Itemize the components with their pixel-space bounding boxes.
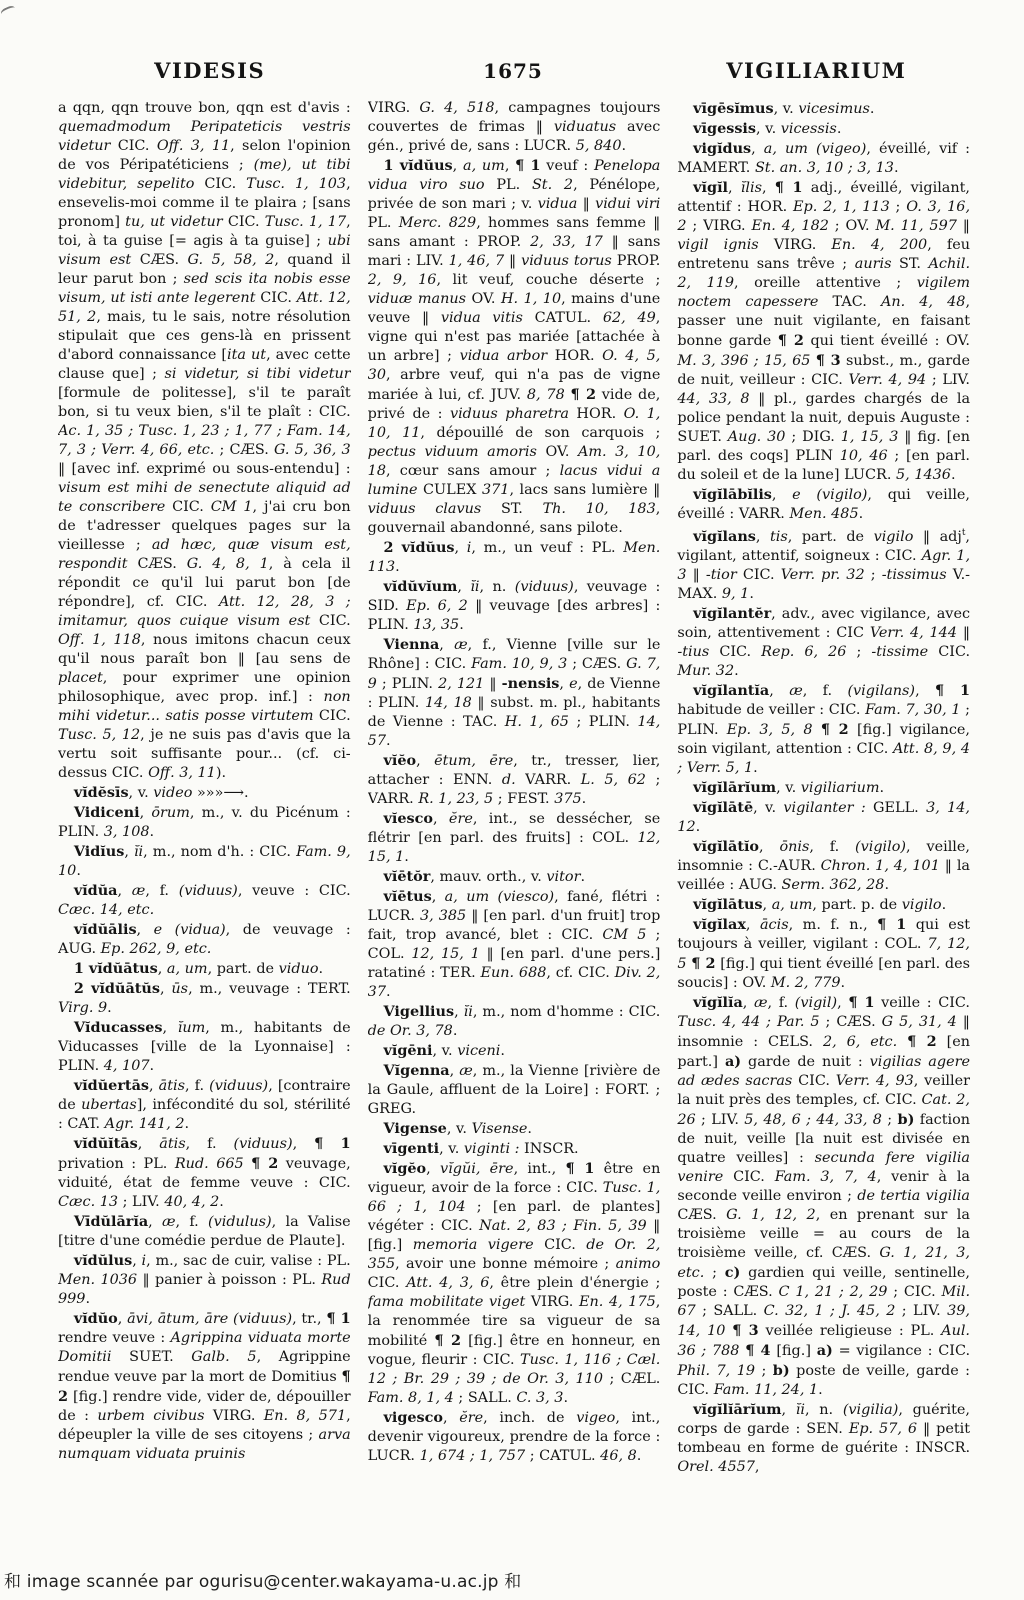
text-segment: āvi, ātum, āre (viduus) [127, 1311, 292, 1327]
text-segment: , [756, 529, 770, 545]
text-segment: -tissime [871, 644, 938, 660]
text-segment: . [150, 824, 155, 840]
text-segment: ; FEST. [493, 791, 554, 807]
text-segment: , f. [809, 839, 855, 855]
text-segment: (viduus) [233, 1136, 292, 1152]
text-segment: ; [865, 567, 882, 583]
dictionary-paragraph: vĭgĭlax, ācis, m. f. n., ¶ 1 qui est tou… [677, 915, 970, 993]
running-header: VIDESIS 1675 VIGILIARIUM [58, 58, 968, 83]
text-segment: OV. [545, 444, 578, 460]
text-segment: 13, 35 [413, 617, 459, 633]
text-segment: , [426, 1161, 440, 1177]
text-segment: CIC. [319, 613, 351, 629]
text-columns: a qqn, qqn trouve bon, qqn est d'avis : … [58, 99, 970, 1554]
text-segment: . [749, 586, 754, 602]
text-segment: St. 2 [532, 177, 573, 193]
text-segment: Ep. 57, 6 [849, 1421, 917, 1437]
text-segment: a, um [463, 158, 505, 174]
text-segment: veuf : [541, 158, 594, 174]
text-segment: e (vidua) [154, 922, 226, 938]
text-segment: , [158, 961, 167, 977]
dictionary-paragraph: vĭētus, a, um (viesco), fané, flétri : L… [368, 887, 661, 1002]
text-segment [897, 1034, 907, 1050]
text-segment: ¶ 1 [515, 157, 540, 174]
text-segment: [fig.] [771, 1343, 817, 1359]
text-segment: ¶ 1 [326, 1310, 350, 1327]
text-segment: viduatus [554, 119, 627, 135]
scan-pen-mark [0, 4, 17, 19]
text-segment: (vigil) [795, 995, 837, 1011]
text-segment: -tissimus [882, 567, 953, 583]
text-segment: vĭgĭlātĭo [693, 838, 759, 855]
text-segment: 2, 9, 16 [368, 272, 437, 288]
text-segment: , f. [176, 1214, 208, 1230]
text-segment: En. 8, 571 [264, 1408, 346, 1424]
text-segment: , [140, 805, 152, 821]
text-segment: Fam. 10, 9, 3 [471, 656, 567, 672]
text-segment: ōrum [151, 805, 189, 821]
text-segment: garde de nuit : [741, 1054, 870, 1070]
text-segment: ; PLIN. [377, 676, 438, 692]
text-segment: , m., sac de cuir, valise : PL. [146, 1253, 351, 1269]
text-segment: viduus clavus [368, 501, 501, 517]
text-segment: , [455, 540, 467, 556]
text-segment: 5, 48, 6 ; 44, 33, 8 [744, 1112, 882, 1128]
text-segment: . [753, 760, 758, 776]
text-segment: HOR. [576, 406, 623, 422]
text-segment: , f. [768, 995, 795, 1011]
text-segment: H. 1, 65 [505, 714, 569, 730]
text-segment: L. 5, 62 [581, 772, 646, 788]
text-column-left: a qqn, qqn trouve bon, qqn est d'avis : … [58, 99, 351, 1554]
text-segment: ita ut [227, 347, 266, 363]
text-segment: ¶ 1 [565, 1160, 594, 1177]
text-segment: 2, 6, etc. [823, 1034, 897, 1050]
text-segment: G. 5, 58, 2 [188, 252, 275, 268]
text-segment: vĭgĭlĭārĭum [693, 1401, 781, 1418]
text-column-right: vīgēsĭmus, v. vicesimus.vīgessis, v. vic… [677, 99, 970, 1554]
text-segment: 4, 107 [104, 1058, 150, 1074]
text-segment: 9, 1 [722, 586, 749, 602]
text-segment: vĭgĭlantĕr [693, 605, 771, 622]
text-segment: . [563, 1390, 568, 1406]
text-segment: . [319, 961, 324, 977]
text-segment: PROP. [617, 253, 661, 269]
text-segment: vĭgĭlax [693, 916, 746, 933]
text-segment: [formule de politesse], s'il te paraît b… [58, 385, 351, 420]
text-segment: , m., veuvage : TERT. [188, 981, 351, 997]
text-segment: . [837, 121, 842, 137]
text-segment: CÆS. [677, 1207, 726, 1223]
dictionary-paragraph: vĭĕo, ētum, ēre, tr., tresser, lier, att… [368, 751, 661, 809]
text-segment: . [386, 733, 391, 749]
text-segment: CM 5 [602, 927, 646, 943]
text-segment: veille : CIC. [875, 995, 970, 1011]
text-segment: G. 4, 518 [419, 100, 494, 116]
text-segment: . [185, 1116, 190, 1132]
text-segment: vĭdŭvĭum [384, 578, 458, 595]
text-segment: ātis [159, 1136, 185, 1152]
text-segment: ; [882, 1112, 898, 1128]
text-segment: . [580, 869, 585, 885]
text-segment: ; CÆL. [603, 1371, 660, 1387]
text-segment: . [386, 984, 391, 1000]
text-segment: vidua arbor [460, 348, 555, 364]
text-segment: ōnis [779, 839, 809, 855]
text-segment: SUET. [129, 1349, 191, 1365]
dictionary-paragraph: Vigellius, ĭi, m., nom d'homme : CIC. de… [368, 1002, 661, 1041]
dictionary-paragraph: Vīdŭlārĭa, æ, f. (vidulus), la Valise [t… [58, 1212, 351, 1251]
text-segment: æ [162, 1214, 176, 1230]
text-segment: . [942, 897, 947, 913]
text-segment: a, um [167, 961, 208, 977]
text-segment: veillée religieuse : PL. [759, 1323, 941, 1339]
text-segment: Orel. 4557 [677, 1459, 755, 1475]
text-segment: ĕre [459, 1410, 483, 1426]
text-segment: ; [890, 199, 907, 215]
text-segment: C. 32, 1 ; J. 45, 2 [764, 1303, 896, 1319]
dictionary-paragraph: vigĭdus, a, um (vigeo), éveillé, vif : M… [677, 139, 970, 178]
text-segment: , v. [129, 785, 154, 801]
text-segment: , v. [439, 1141, 464, 1157]
text-segment: Rep. 6, 26 [761, 644, 846, 660]
dictionary-paragraph: 1 vĭdŭus, a, um, ¶ 1 veuf : Penelopa vid… [368, 156, 661, 538]
text-segment: 2 vĭdŭātŭs [74, 980, 160, 997]
text-segment: 1, 46, 7 [449, 253, 505, 269]
text-segment: ubertas [81, 1097, 137, 1113]
text-segment: , inch. de [483, 1410, 576, 1426]
text-segment: ; CIC. [887, 1284, 941, 1300]
text-segment: ¶ 2 [778, 332, 804, 349]
text-segment: vĭgĭlābĭlis [693, 486, 772, 503]
text-segment: æ [454, 637, 468, 653]
text-segment: , int., [514, 1161, 566, 1177]
text-segment: auris [855, 256, 899, 272]
dictionary-paragraph: vīgenti, v. viginti : INSCR. [368, 1139, 661, 1159]
text-segment: Verr. pr. 32 [781, 567, 865, 583]
text-segment: ; CÆS. [567, 656, 626, 672]
text-segment: Th. 10, 183 [543, 501, 656, 517]
text-segment: ūs [171, 981, 188, 997]
text-segment: , f. [185, 1078, 209, 1094]
text-segment: pectus viduum amoris [368, 444, 546, 460]
text-segment: VARR. [516, 772, 581, 788]
text-segment: ¶ 3 [732, 1322, 758, 1339]
dictionary-paragraph: Vigense, v. Visense. [368, 1119, 661, 1139]
text-segment: ‖ panier à poisson : PL. [137, 1272, 321, 1288]
dictionary-paragraph: vĭgĭlātē, v. vigilanter : GELL. 3, 14, 1… [677, 798, 970, 837]
text-segment: Fam. 3, 7, 4 [775, 1169, 877, 1185]
text-segment: , [505, 158, 515, 174]
text-segment: a, um (viesco) [445, 889, 554, 905]
text-segment: , [762, 180, 775, 196]
text-segment: ¶ 2 [907, 1033, 937, 1050]
text-segment: G. 5, 36, 3 [274, 442, 351, 458]
text-segment: CIC. [719, 644, 761, 660]
dictionary-paragraph: 2 vĭdŭātŭs, ūs, m., veuvage : TERT. Virg… [58, 979, 351, 1018]
text-segment: , [148, 1214, 162, 1230]
text-segment: a) [817, 1342, 833, 1359]
text-segment: CIC. [260, 290, 297, 306]
text-segment: , [149, 1078, 159, 1094]
dictionary-paragraph: vĭgĭlārĭum, v. vigiliarium. [677, 778, 970, 798]
text-segment: VIRG. [774, 237, 832, 253]
text-segment: b) [898, 1111, 915, 1128]
text-segment: placet [58, 670, 103, 686]
text-segment: . [696, 819, 701, 835]
text-segment: 12, 15, 1 [411, 946, 479, 962]
text-segment: ; LIV. [696, 1112, 745, 1128]
text-segment: , être plein d'énergie ; [489, 1275, 660, 1291]
text-segment: Vĭgenna [384, 1062, 450, 1079]
text-segment: CIC. [228, 214, 265, 230]
text-segment: Vidĭus [74, 843, 124, 860]
text-segment: viduo [279, 961, 319, 977]
text-segment: æ [459, 1063, 473, 1079]
text-segment: 2, 121 [438, 676, 484, 692]
text-segment: , [763, 897, 772, 913]
text-segment: H. 1, 10 [501, 291, 561, 307]
text-segment: Tusc. 5, 12 [58, 727, 140, 743]
text-segment: Ep. 2, 1, 113 [793, 199, 890, 215]
text-segment: ētum, ēre [434, 753, 513, 769]
text-segment: a, um (vigeo) [764, 141, 867, 157]
text-segment: CULEX [423, 482, 482, 498]
text-segment: d. [502, 772, 516, 788]
text-segment: viginti : [464, 1141, 520, 1157]
scan-attribution: 和 image scannée par ogurisu@center.wakay… [4, 1567, 521, 1592]
text-segment: ; CÆS. [820, 1014, 882, 1030]
text-segment: animo [616, 1256, 661, 1272]
text-segment: ST. [899, 256, 929, 272]
text-segment: vicesimus [798, 101, 870, 117]
text-segment: vigiliarium [801, 780, 880, 796]
text-segment: Virg. 9 [58, 1000, 107, 1016]
text-segment: . [404, 849, 409, 865]
text-segment: GELL. [866, 800, 926, 816]
text-segment: 1, 674 ; 1, 757 [420, 1448, 526, 1464]
text-segment: Galb. 5 [191, 1349, 256, 1365]
text-segment: , part. de [208, 961, 279, 977]
dictionary-paragraph: vĭdŭĭtās, ātis, f. (viduus), ¶ 1 privati… [58, 1134, 351, 1212]
text-segment: , [772, 487, 792, 503]
text-segment: de Or. 3, 78 [368, 1023, 453, 1039]
dictionary-paragraph: vĭdŭa, æ, f. (viduus), veuve : CIC. Cæc.… [58, 881, 351, 920]
text-segment: vigilanter : [783, 800, 865, 816]
text-segment: Verr. 4, 144 [870, 625, 957, 641]
text-segment: Tusc. 1, 103 [246, 176, 346, 192]
text-segment: , [433, 811, 449, 827]
text-segment: Vīdŭlārĭa [74, 1213, 148, 1230]
text-segment: ; [755, 1363, 773, 1379]
text-segment: ĭi [464, 1004, 473, 1020]
text-segment: ‖ [504, 253, 521, 269]
text-segment: 1 vĭdŭus [384, 157, 453, 174]
text-segment: M. 3, 396 ; 15, 65 [677, 353, 810, 369]
text-segment: vidua vitis [441, 310, 535, 326]
dictionary-paragraph: vĭesco, ĕre, int., se dessécher, se flét… [368, 809, 661, 867]
text-segment: PL. [368, 215, 399, 231]
text-segment: , avoir une bonne mémoire ; [395, 1256, 615, 1272]
text-segment: Vigense [384, 1120, 447, 1137]
text-segment: -tius [677, 644, 719, 660]
text-segment: . [951, 467, 956, 483]
text-segment: En. 4, 182 [752, 218, 829, 234]
text-segment: 2 vĭdŭus [384, 539, 455, 556]
text-segment: , [755, 1459, 760, 1475]
text-segment: . [621, 138, 626, 154]
text-segment: vĭgĭlans [693, 528, 756, 545]
text-segment: vĭdŭa [74, 882, 118, 899]
text-segment: ; SALL. [454, 1390, 517, 1406]
dictionary-page: VIDESIS 1675 VIGILIARIUM a qqn, qqn trou… [0, 0, 1024, 1600]
text-segment: . [150, 1058, 155, 1074]
text-segment: = vigilance : CIC. [833, 1343, 970, 1359]
text-segment: qui tient éveillé : OV. [804, 333, 970, 349]
text-segment: viceni [457, 1043, 500, 1059]
text-segment: , [454, 1004, 464, 1020]
text-segment: memoria vigere [413, 1237, 544, 1253]
dictionary-paragraph: VIRG. G. 4, 518, campagnes toujours couv… [368, 99, 661, 156]
text-segment: ; LIV. [895, 1303, 947, 1319]
text-segment: vicessis [781, 121, 837, 137]
text-segment: . [637, 1448, 642, 1464]
text-segment: PL. [496, 177, 532, 193]
text-segment: , cœur sans amour ; [386, 463, 560, 479]
text-segment: (vigilo) [855, 839, 906, 855]
text-segment: M. 11, 597 [875, 218, 956, 234]
text-segment: Agr. 141, 2 [105, 1116, 185, 1132]
page-number: 1675 [361, 59, 664, 83]
text-segment: . [859, 506, 864, 522]
dictionary-paragraph: 1 vĭdŭātus, a, um, part. de viduo. [58, 959, 351, 979]
text-segment: ‖ [577, 196, 595, 212]
text-segment: (vigilia) [843, 1402, 899, 1418]
text-segment: , lacs sans lumière ‖ [509, 482, 660, 498]
text-segment: vĭgĭlātus [693, 896, 762, 913]
text-segment: urbem civibus [97, 1408, 213, 1424]
text-segment: Tusc. 1, 17 [265, 214, 346, 230]
text-segment: , v. [753, 800, 783, 816]
text-segment: Vienna [384, 636, 440, 653]
text-segment: ĭum [178, 1020, 206, 1036]
text-segment: . [107, 1000, 112, 1016]
text-segment: , dépouillé de son carquois ; [420, 425, 660, 441]
text-segment: , v. [774, 101, 799, 117]
text-segment: (vidulus) [208, 1214, 272, 1230]
text-segment: vigilo [902, 897, 942, 913]
text-segment: ‖ [avec inf. exprimé ou sous-entendu] : [58, 461, 351, 477]
text-segment: Chron. 1, 4, 101 [821, 858, 940, 874]
text-segment: , [743, 995, 754, 1011]
text-segment: C 1, 21 ; 2, 29 [779, 1284, 888, 1300]
text-segment: Mur. 32 [677, 663, 734, 679]
text-segment: ; PLIN. [569, 714, 638, 730]
text-segment: , [782, 1402, 796, 1418]
text-segment: ; LIV. [926, 372, 970, 388]
text-segment: fama mobilitate viget [368, 1294, 531, 1310]
dictionary-paragraph: vĭdŭālis, e (vidua), de veuvage : AUG. E… [58, 920, 351, 959]
dictionary-paragraph: vĭgĭlantĭa, æ, f. (vigilans), ¶ 1 habitu… [677, 681, 970, 778]
text-segment: Fam. 7, 30, 1 [865, 702, 960, 718]
text-segment: ĭi [134, 844, 143, 860]
text-segment: 10, 46 [840, 448, 888, 464]
text-segment: , oreille attentive ; [734, 275, 917, 291]
text-segment: æ [789, 683, 803, 699]
text-segment: , [559, 676, 569, 692]
text-segment: vigeo [576, 1410, 615, 1426]
text-segment: 8, 78 [527, 387, 565, 403]
text-segment: ; CATUL. [525, 1448, 600, 1464]
text-segment: . [894, 160, 899, 176]
text-segment: , m., nom d'h. : CIC. [143, 844, 296, 860]
text-segment: rendre veuve : [58, 1330, 171, 1346]
text-segment: vĭgĭlĭa [693, 994, 743, 1011]
text-segment: a qqn, qqn trouve bon, qqn est d'avis : [58, 100, 351, 116]
dictionary-paragraph: vĭgĕo, vĭgŭi, ēre, int., ¶ 1 être en vig… [368, 1159, 661, 1408]
text-segment: . [884, 877, 889, 893]
dictionary-paragraph: vigesco, ĕre, inch. de vigeo, int., deve… [368, 1408, 661, 1466]
text-segment: ¶ 2 [821, 721, 849, 738]
text-segment: , f. [145, 883, 178, 899]
text-segment: Visense [472, 1121, 528, 1137]
text-segment: CIC. [798, 1073, 836, 1089]
text-segment: , [728, 180, 741, 196]
text-segment: , mauv. orth., v. [430, 869, 546, 885]
text-segment: ¶ 2 [571, 386, 596, 403]
text-segment: CATUL. [535, 310, 603, 326]
text-segment: Phil. 7, 19 [677, 1363, 755, 1379]
dictionary-paragraph: vĭgĭlābĭlis, e (vigilo), qui veille, éve… [677, 485, 970, 524]
text-segment: 40, 4, 2 [164, 1194, 219, 1210]
text-segment: ¶ 1 [314, 1135, 351, 1152]
text-segment: . [500, 1043, 505, 1059]
text-segment: Vĭducasses [74, 1019, 163, 1036]
text-segment: . [219, 1194, 224, 1210]
dictionary-paragraph: Vidĭus, ĭi, m., nom d'h. : CIC. Fam. 9, … [58, 842, 351, 881]
text-segment: vĭesco [384, 810, 433, 827]
dictionary-paragraph: vīgessis, v. vicessis. [677, 119, 970, 139]
dictionary-paragraph: vĭgĭlātĭo, ōnis, f. (vigilo), veille, in… [677, 837, 970, 895]
text-segment: privation : PL. [58, 1156, 175, 1172]
text-segment: CIC. [733, 1169, 775, 1185]
text-segment: . [76, 863, 81, 879]
text-segment: , [769, 683, 789, 699]
text-segment: vĭdŭālis [74, 921, 137, 938]
text-segment: Serm. 362, 28 [781, 877, 884, 893]
text-segment: . [734, 663, 739, 679]
text-segment: vidui viri [595, 196, 660, 212]
text-segment: , veuve : CIC. [238, 883, 351, 899]
text-segment: M. 2, 779 [771, 975, 841, 991]
text-segment: Ep. 6, 2 [406, 598, 468, 614]
text-segment: , [457, 579, 470, 595]
text-segment: , [432, 889, 445, 905]
text-segment: . [527, 1121, 532, 1137]
text-segment: CIC. [172, 499, 211, 515]
text-segment: ; [846, 644, 871, 660]
text-segment: ĭlis [741, 180, 762, 196]
text-segment: vigĭdus [693, 140, 751, 157]
text-segment: ¶ 2 [251, 1155, 278, 1172]
text-segment: Off. 3, 11 [157, 138, 230, 154]
text-segment: vigilo [874, 529, 914, 545]
text-segment: ST. [501, 501, 543, 517]
text-segment [813, 722, 821, 738]
text-segment: vīgenti [384, 1140, 440, 1157]
text-segment: e (vigilo) [792, 487, 867, 503]
text-segment: , lit veuf, couche déserte ; [436, 272, 660, 288]
